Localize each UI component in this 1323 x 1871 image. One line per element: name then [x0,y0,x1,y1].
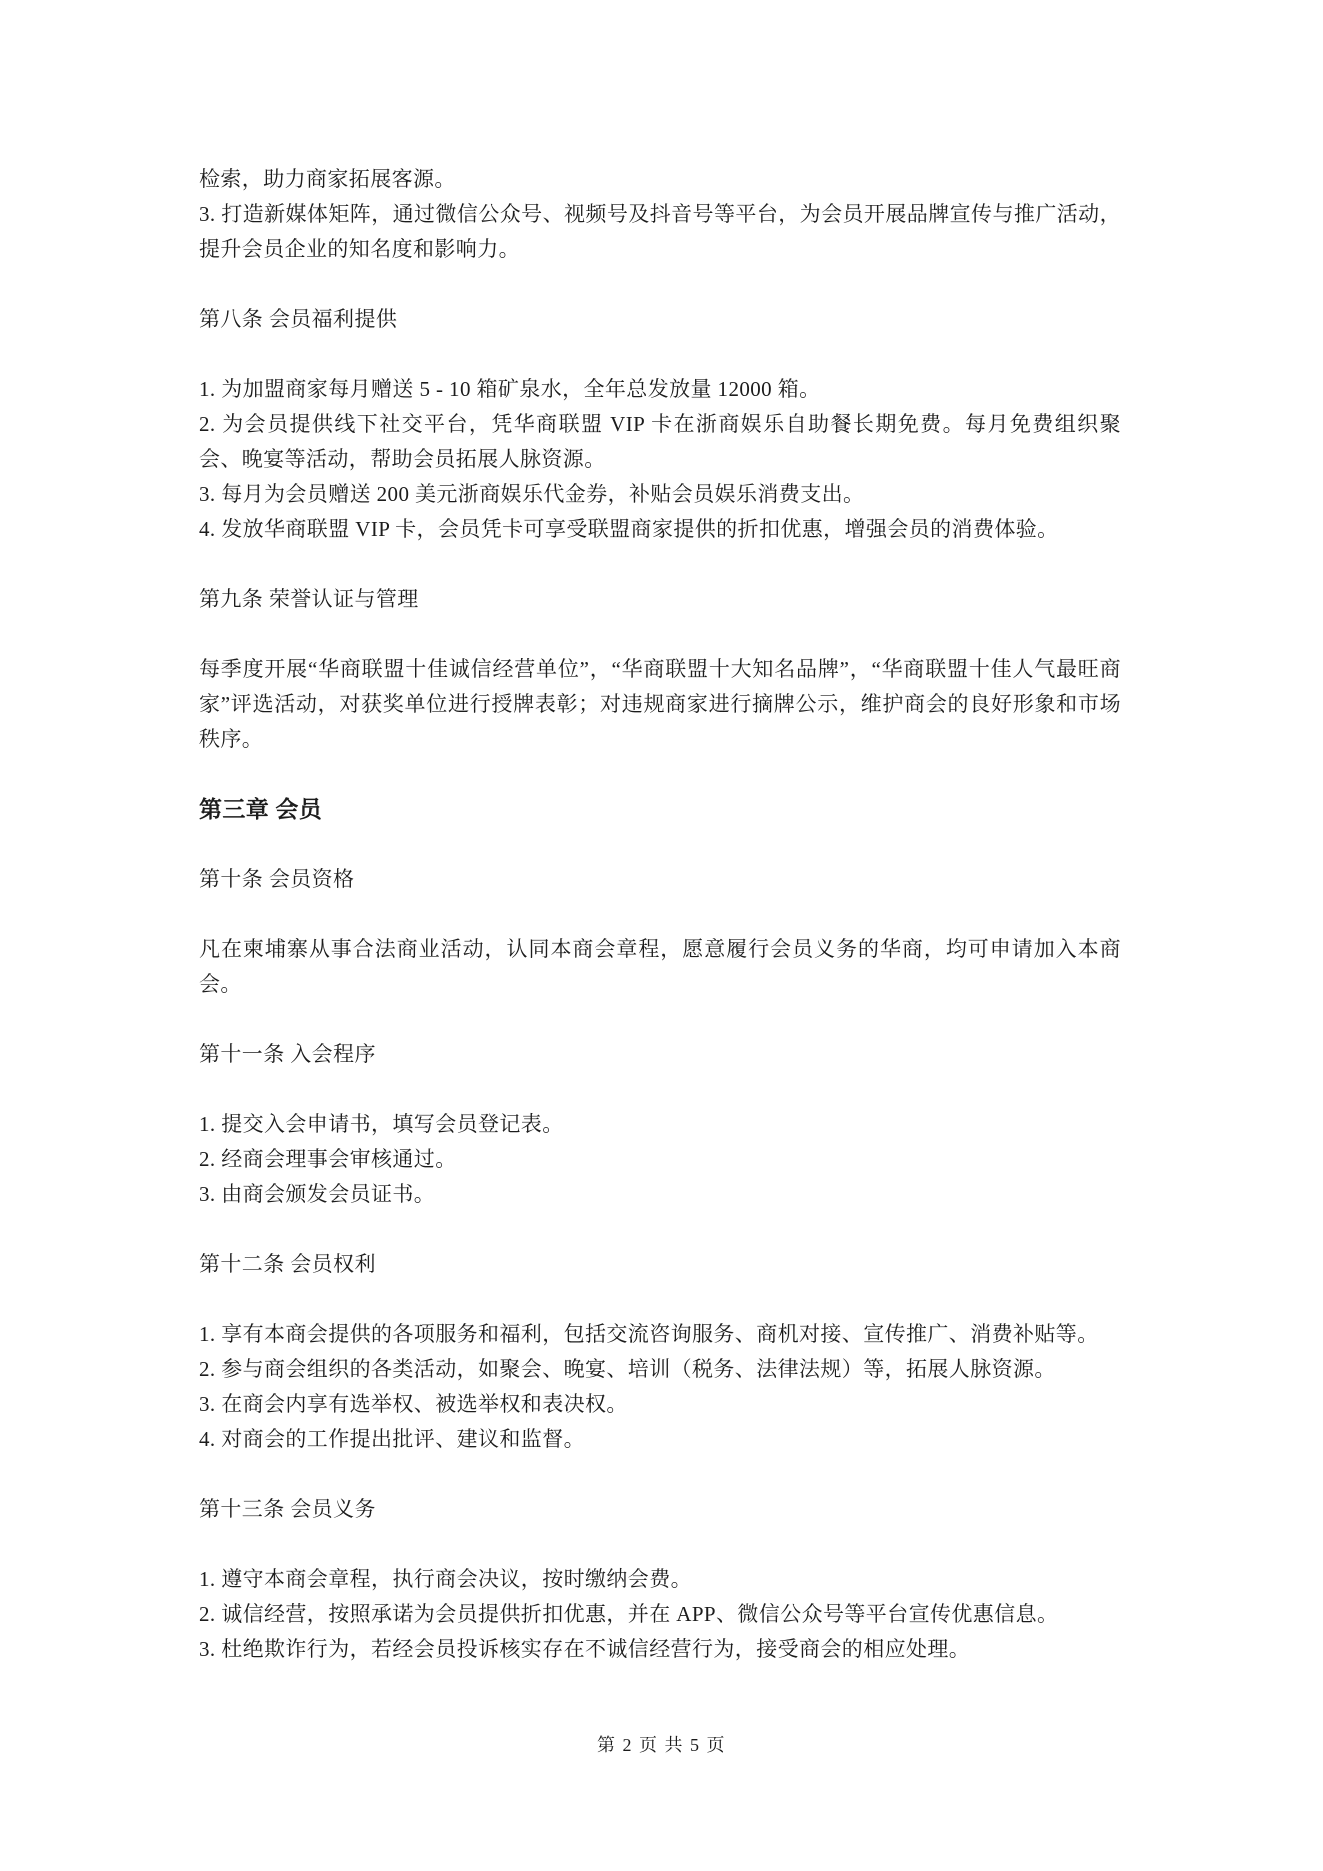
list-item: 4. 对商会的工作提出批评、建议和监督。 [199,1422,1121,1457]
article-heading-9: 第九条 荣誉认证与管理 [199,582,1121,617]
article-heading-12: 第十二条 会员权利 [199,1247,1121,1282]
body-line: 每季度开展“华商联盟十佳诚信经营单位”，“华商联盟十大知名品牌”，“华商联盟十佳… [199,652,1121,757]
list-item: 2. 经商会理事会审核通过。 [199,1142,1121,1177]
list-block: 1. 为加盟商家每月赠送 5 - 10 箱矿泉水，全年总发放量 12000 箱。… [199,372,1121,547]
page-number-label: 第 2 页 共 5 页 [597,1735,726,1755]
list-block: 1. 提交入会申请书，填写会员登记表。 2. 经商会理事会审核通过。 3. 由商… [199,1107,1121,1212]
document-body: 检索，助力商家拓展客源。 3. 打造新媒体矩阵，通过微信公众号、视频号及抖音号等… [199,162,1121,1702]
article-heading-8: 第八条 会员福利提供 [199,302,1121,337]
list-block: 1. 遵守本商会章程，执行商会决议，按时缴纳会费。 2. 诚信经营，按照承诺为会… [199,1562,1121,1667]
list-item: 2. 为会员提供线下社交平台，凭华商联盟 VIP 卡在浙商娱乐自助餐长期免费。每… [199,407,1121,477]
article-heading-11: 第十一条 入会程序 [199,1037,1121,1072]
list-item: 2. 诚信经营，按照承诺为会员提供折扣优惠，并在 APP、微信公众号等平台宣传优… [199,1597,1121,1632]
list-item: 1. 享有本商会提供的各项服务和福利，包括交流咨询服务、商机对接、宣传推广、消费… [199,1317,1121,1352]
list-item: 1. 提交入会申请书，填写会员登记表。 [199,1107,1121,1142]
list-item: 1. 为加盟商家每月赠送 5 - 10 箱矿泉水，全年总发放量 12000 箱。 [199,372,1121,407]
list-item: 3. 杜绝欺诈行为，若经会员投诉核实存在不诚信经营行为，接受商会的相应处理。 [199,1632,1121,1667]
list-block: 1. 享有本商会提供的各项服务和福利，包括交流咨询服务、商机对接、宣传推广、消费… [199,1317,1121,1457]
list-item: 4. 发放华商联盟 VIP 卡，会员凭卡可享受联盟商家提供的折扣优惠，增强会员的… [199,512,1121,547]
article-heading-10: 第十条 会员资格 [199,862,1121,897]
article-heading-13: 第十三条 会员义务 [199,1492,1121,1527]
list-item: 3. 每月为会员赠送 200 美元浙商娱乐代金券，补贴会员娱乐消费支出。 [199,477,1121,512]
page-number-footer: 第 2 页 共 5 页 [0,1731,1323,1759]
document-page: 检索，助力商家拓展客源。 3. 打造新媒体矩阵，通过微信公众号、视频号及抖音号等… [0,0,1323,1871]
list-item: 3. 由商会颁发会员证书。 [199,1177,1121,1212]
chapter-heading-3: 第三章 会员 [199,792,1121,827]
paragraph-block: 检索，助力商家拓展客源。 3. 打造新媒体矩阵，通过微信公众号、视频号及抖音号等… [199,162,1121,267]
list-item: 2. 参与商会组织的各类活动，如聚会、晚宴、培训（税务、法律法规）等，拓展人脉资… [199,1352,1121,1387]
paragraph-block: 每季度开展“华商联盟十佳诚信经营单位”，“华商联盟十大知名品牌”，“华商联盟十佳… [199,652,1121,757]
paragraph-block: 凡在柬埔寨从事合法商业活动，认同本商会章程，愿意履行会员义务的华商，均可申请加入… [199,932,1121,1002]
body-line: 检索，助力商家拓展客源。 [199,162,1121,197]
body-line: 凡在柬埔寨从事合法商业活动，认同本商会章程，愿意履行会员义务的华商，均可申请加入… [199,932,1121,1002]
body-line: 3. 打造新媒体矩阵，通过微信公众号、视频号及抖音号等平台，为会员开展品牌宣传与… [199,197,1121,267]
list-item: 3. 在商会内享有选举权、被选举权和表决权。 [199,1387,1121,1422]
list-item: 1. 遵守本商会章程，执行商会决议，按时缴纳会费。 [199,1562,1121,1597]
